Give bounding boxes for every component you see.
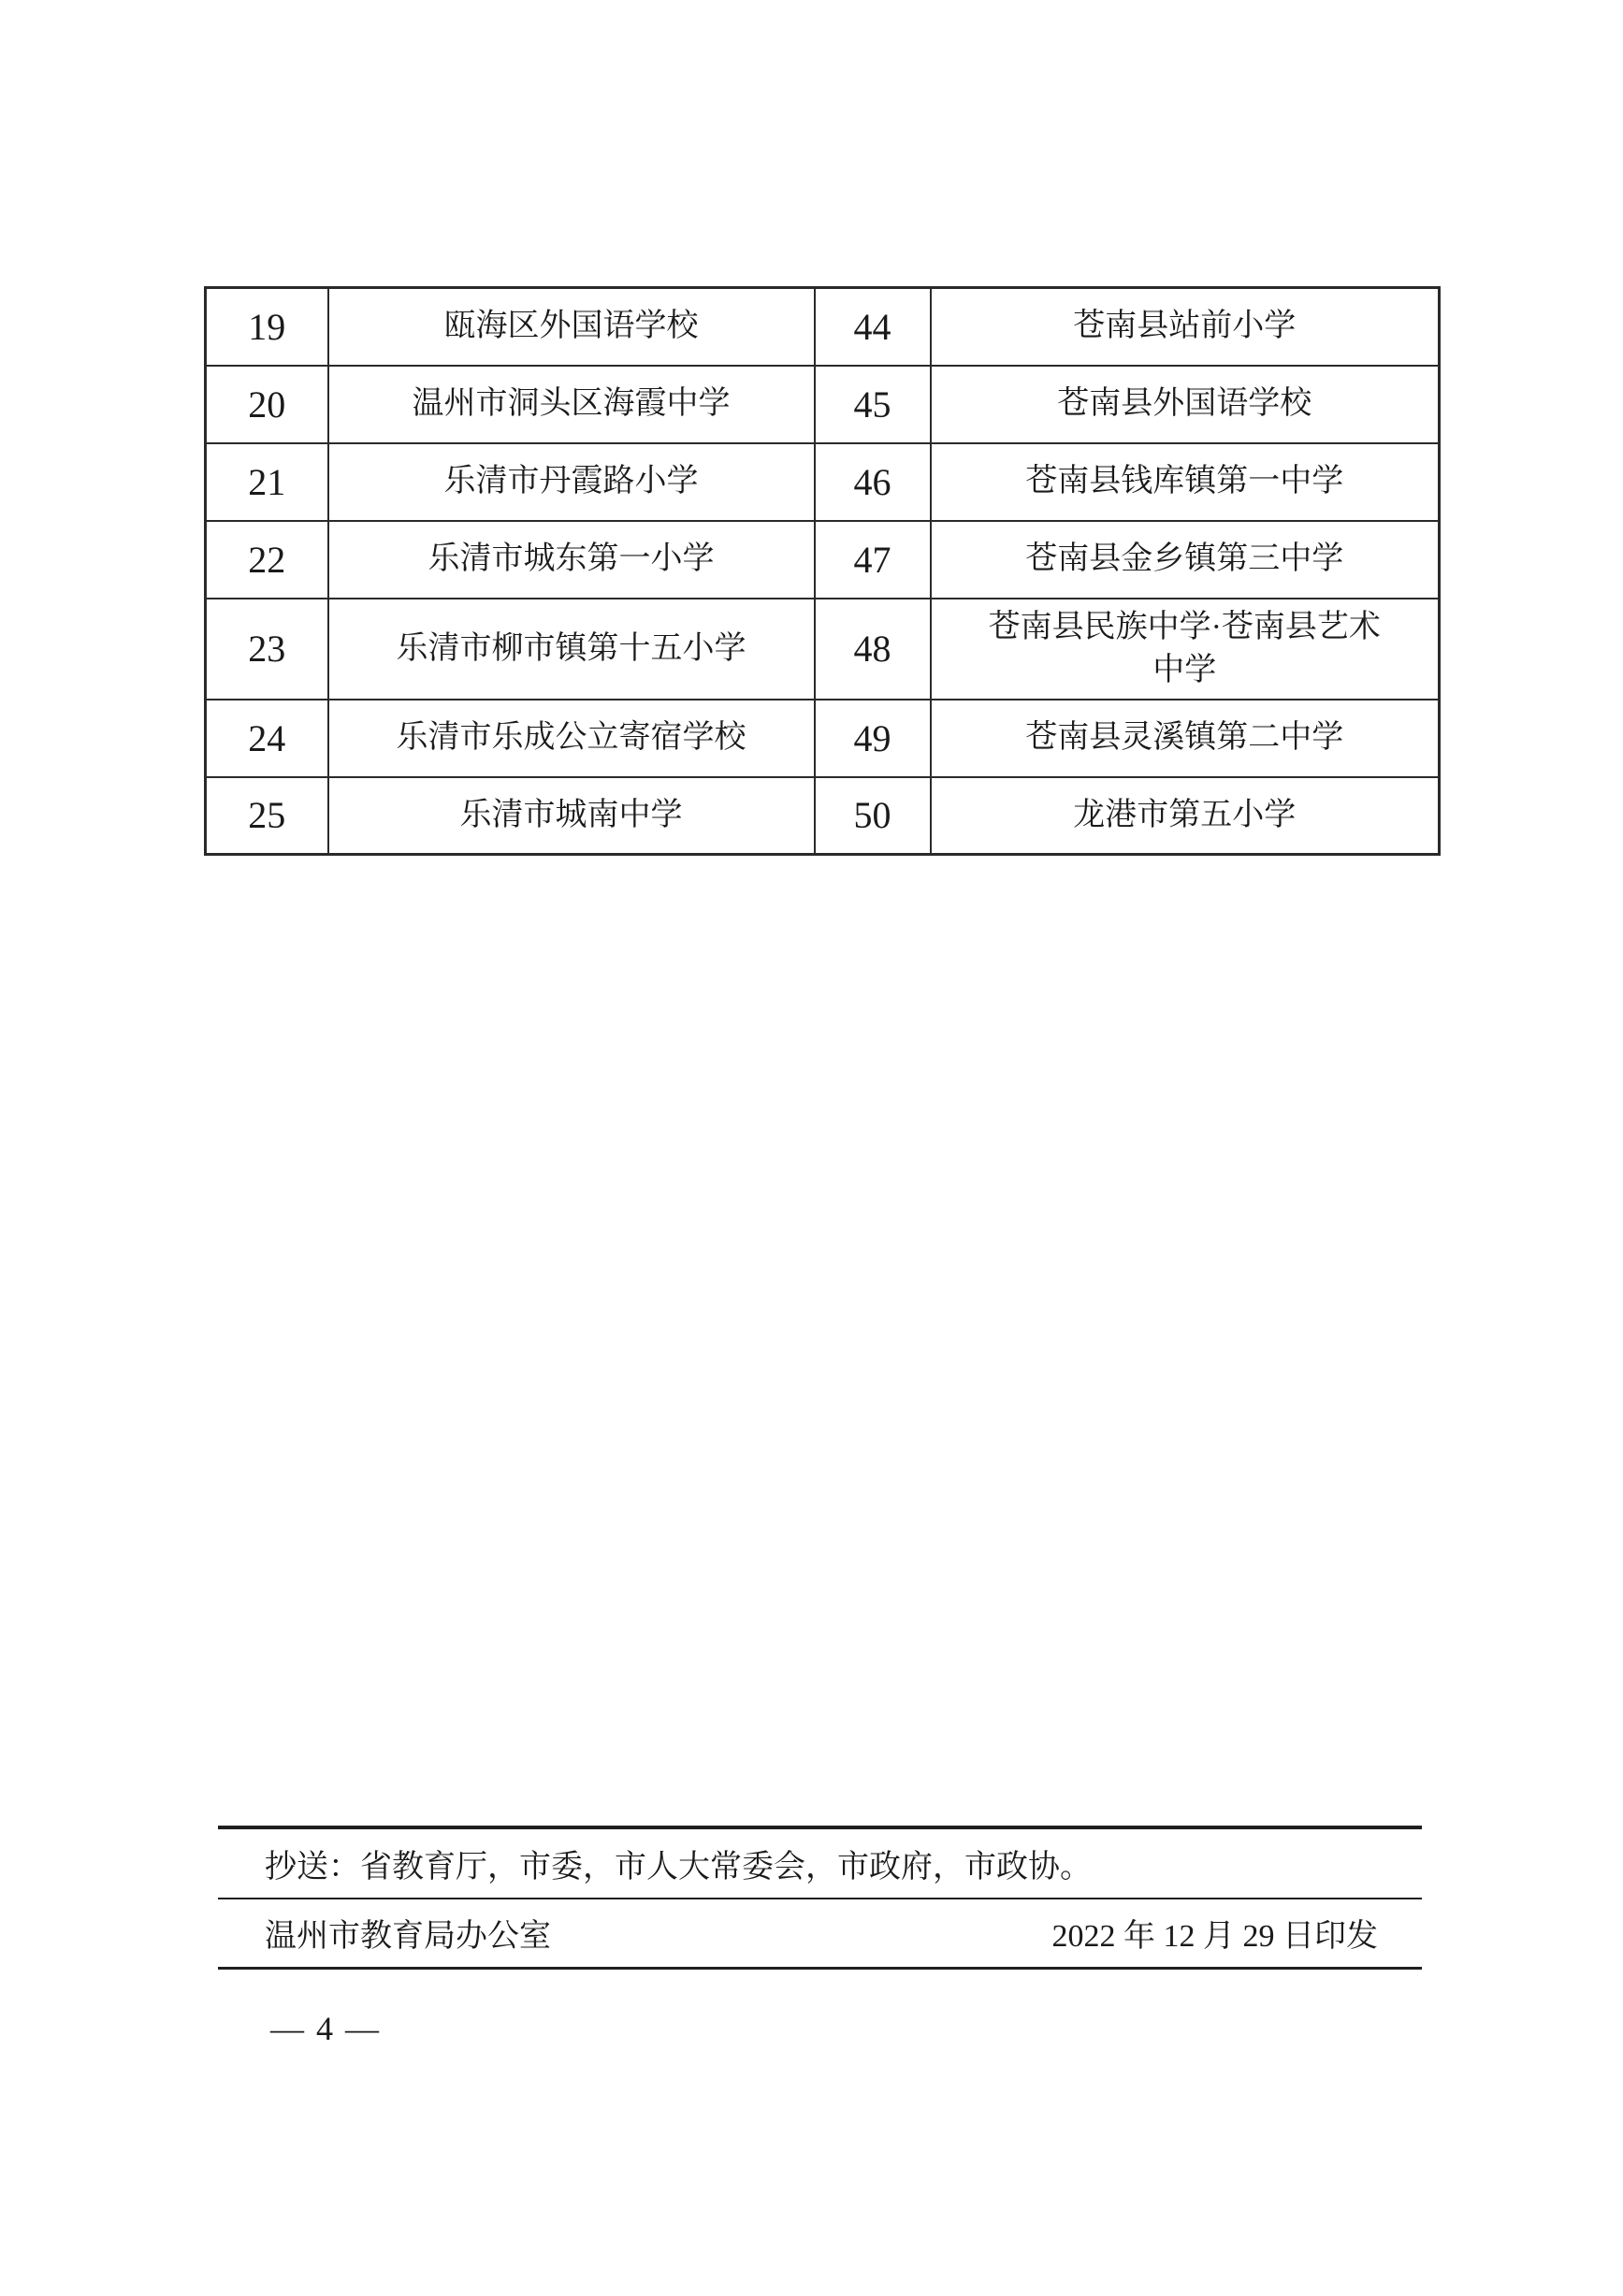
row-number-cell: 49 [815,700,931,777]
school-name-cell: 乐清市乐成公立寄宿学校 [328,700,815,777]
row-number-cell: 48 [815,599,931,700]
school-name-cell: 乐清市柳市镇第十五小学 [328,599,815,700]
document-page: 19 瓯海区外国语学校 44 苍南县站前小学 20 温州市洞头区海霞中学 45 … [0,0,1623,2296]
school-name-cell: 温州市洞头区海霞中学 [328,366,815,443]
issuing-office-line: 温州市教育局办公室 2022 年 12 月 29 日印发 [265,1917,1422,1957]
schools-table: 19 瓯海区外国语学校 44 苍南县站前小学 20 温州市洞头区海霞中学 45 … [204,286,1441,856]
issuing-office: 温州市教育局办公室 [265,1917,551,1957]
school-name-cell: 苍南县站前小学 [931,288,1440,366]
row-number-cell: 19 [206,288,328,366]
row-number-cell: 22 [206,521,328,599]
row-number-cell: 25 [206,777,328,855]
table-row: 22 乐清市城东第一小学 47 苍南县金乡镇第三中学 [206,521,1440,599]
row-number-cell: 44 [815,288,931,366]
table-row: 24 乐清市乐成公立寄宿学校 49 苍南县灵溪镇第二中学 [206,700,1440,777]
row-number-cell: 50 [815,777,931,855]
table-row: 25 乐清市城南中学 50 龙港市第五小学 [206,777,1440,855]
row-number-cell: 20 [206,366,328,443]
print-date: 2022 年 12 月 29 日印发 [1052,1917,1423,1957]
table-row: 20 温州市洞头区海霞中学 45 苍南县外国语学校 [206,366,1440,443]
table-row: 19 瓯海区外国语学校 44 苍南县站前小学 [206,288,1440,366]
row-number-cell: 46 [815,443,931,521]
school-name-cell: 乐清市城东第一小学 [328,521,815,599]
school-name-cell: 龙港市第五小学 [931,777,1440,855]
footer-middle-separator-line [218,1898,1422,1899]
row-number-cell: 21 [206,443,328,521]
school-name-cell: 瓯海区外国语学校 [328,288,815,366]
school-name-cell: 苍南县灵溪镇第二中学 [931,700,1440,777]
school-name-cell: 苍南县金乡镇第三中学 [931,521,1440,599]
footer-top-separator-line [218,1826,1422,1829]
school-name-cell: 苍南县民族中学·苍南县艺术 中学 [931,599,1440,700]
row-number-cell: 47 [815,521,931,599]
row-number-cell: 24 [206,700,328,777]
school-name-cell: 苍南县外国语学校 [931,366,1440,443]
row-number-cell: 23 [206,599,328,700]
table-row: 21 乐清市丹霞路小学 46 苍南县钱库镇第一中学 [206,443,1440,521]
footer-bottom-separator-line [218,1967,1422,1970]
table-row: 23 乐清市柳市镇第十五小学 48 苍南县民族中学·苍南县艺术 中学 [206,599,1440,700]
school-name-cell: 乐清市城南中学 [328,777,815,855]
cc-recipients-line: 抄送：省教育厅，市委，市人大常委会，市政府，市政协。 [265,1848,1422,1887]
page-number: — 4 — [218,2009,433,2048]
school-name-cell: 乐清市丹霞路小学 [328,443,815,521]
row-number-cell: 45 [815,366,931,443]
school-name-cell: 苍南县钱库镇第一中学 [931,443,1440,521]
